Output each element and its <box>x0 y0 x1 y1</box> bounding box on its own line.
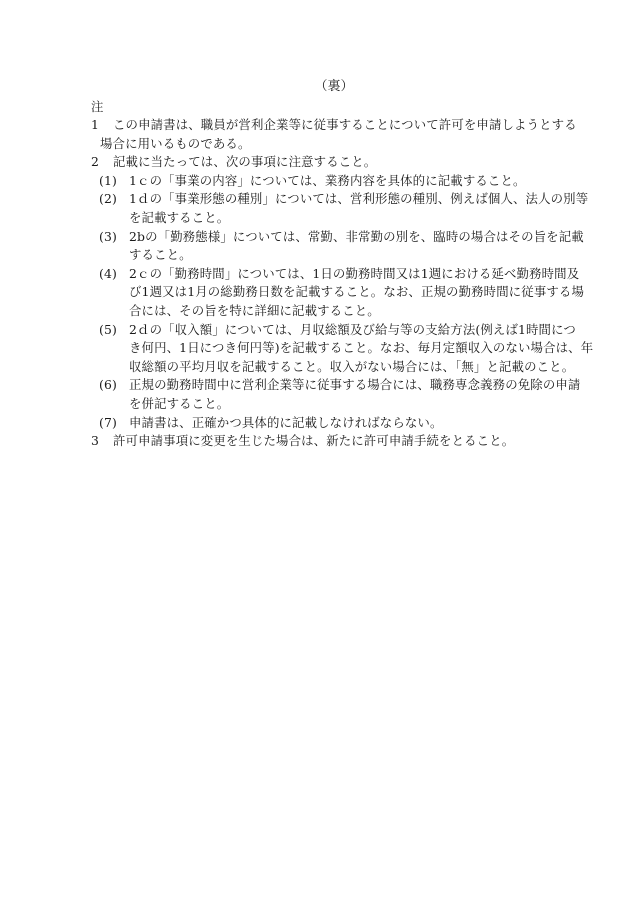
subitem-number: (1) <box>99 172 129 191</box>
subitem-number: (2) <box>99 190 129 209</box>
note-subitem-6: (6)正規の勤務時間中に営利企業等に従事する場合には、職務専念義務の免除の申請 … <box>91 376 547 413</box>
item-number: 1 <box>91 116 113 135</box>
subitem-text-continued: 合には、その旨を特に詳細に記載すること。 <box>99 302 547 321</box>
subitem-text: 2ｄの「収入額」については、月収総額及び給与等の支給方法(例えば1時間につ <box>129 322 576 337</box>
item-text: 記載に当たっては、次の事項に注意すること。 <box>113 154 376 169</box>
note-subitem-2: (2)1ｄの「事業形態の種別」については、営利形態の種別、例えば個人、法人の別等… <box>91 190 547 227</box>
item-number: 3 <box>91 432 113 451</box>
note-item-2: 2記載に当たっては、次の事項に注意すること。 <box>91 153 547 172</box>
item-text: 許可申請事項に変更を生じた場合は、新たに許可申請手続をとること。 <box>113 433 514 448</box>
subitem-text-continued: を記載すること。 <box>99 209 547 228</box>
subitem-number: (6) <box>99 376 129 395</box>
subitem-text: 1ｃの「事業の内容」については、業務内容を具体的に記載すること。 <box>129 173 526 188</box>
subitem-number: (3) <box>99 228 129 247</box>
item-text: この申請書は、職員が営利企業等に従事することについて許可を申請しようとする <box>113 117 577 132</box>
note-subitem-3: (3)2bの「勤務態様」については、常勤、非常勤の別を、臨時の場合はその旨を記載… <box>91 228 547 265</box>
subitem-number: (7) <box>99 414 129 433</box>
note-item-3: 3許可申請事項に変更を生じた場合は、新たに許可申請手続をとること。 <box>91 432 547 451</box>
subitem-text: 1ｄの「事業形態の種別」については、営利形態の種別、例えば個人、法人の別等 <box>129 191 588 206</box>
note-subitem-1: (1)1ｃの「事業の内容」については、業務内容を具体的に記載すること。 <box>91 172 547 191</box>
subitem-text-continued: すること。 <box>99 246 547 265</box>
item-number: 2 <box>91 153 113 172</box>
note-item-1: 1この申請書は、職員が営利企業等に従事することについて許可を申請しようとする 場… <box>91 116 547 153</box>
subitem-number: (5) <box>99 321 129 340</box>
subitem-text: 正規の勤務時間中に営利企業等に従事する場合には、職務専念義務の免除の申請 <box>129 377 580 392</box>
document-page: （裏） 注 1この申請書は、職員が営利企業等に従事することについて許可を申請しよ… <box>91 78 547 451</box>
subitem-text: 2bの「勤務態様」については、常勤、非常勤の別を、臨時の場合はその旨を記載 <box>129 229 584 244</box>
note-label: 注 <box>91 97 547 116</box>
subitem-text-continued: き何円、1日につき何円等)を記載すること。なお、毎月定額収入のない場合は、年 <box>99 339 547 358</box>
note-subitem-5: (5)2ｄの「収入額」については、月収総額及び給与等の支給方法(例えば1時間につ… <box>91 321 547 377</box>
page-side-heading: （裏） <box>91 78 547 96</box>
subitem-text: 2ｃの「勤務時間」については、1日の勤務時間又は1週における延べ勤務時間及 <box>129 266 579 281</box>
note-subitem-7: (7)申請書は、正確かつ具体的に記載しなければならない。 <box>91 414 547 433</box>
subitem-text: 申請書は、正確かつ具体的に記載しなければならない。 <box>129 415 443 430</box>
note-subitem-4: (4)2ｃの「勤務時間」については、1日の勤務時間又は1週における延べ勤務時間及… <box>91 265 547 321</box>
subitem-text-continued: 収総額の平均月収を記載すること。収入がない場合には、「無」と記載のこと。 <box>99 358 547 377</box>
subitem-number: (4) <box>99 265 129 284</box>
item-text-continued: 場合に用いるものである。 <box>91 135 547 154</box>
subitem-text-continued: び1週又は1月の総勤務日数を記載すること。なお、正規の勤務時間に従事する場 <box>99 283 547 302</box>
subitem-text-continued: を併記すること。 <box>99 395 547 414</box>
